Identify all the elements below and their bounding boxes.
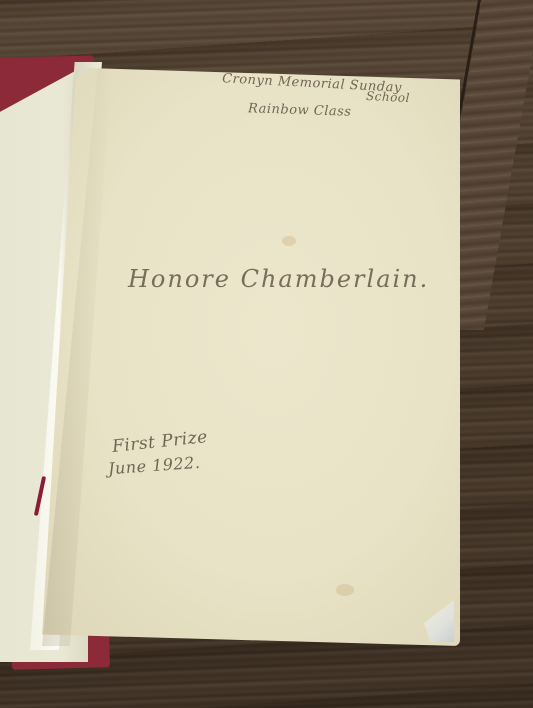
- owner-signature: Honore Chamberlain.: [128, 265, 429, 293]
- foxing-stain: [282, 236, 296, 246]
- foxing-stain: [336, 584, 354, 596]
- presentation-inscription-line2: School: [366, 89, 411, 105]
